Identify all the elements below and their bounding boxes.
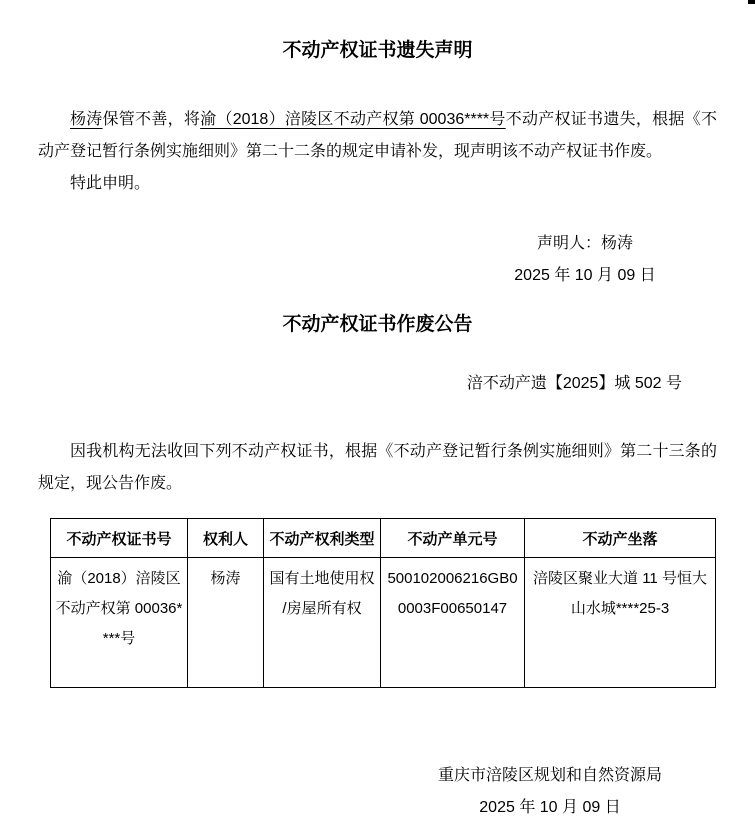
header-holder: 权利人 [188, 519, 264, 558]
cell-location: 涪陵区聚业大道 11 号恒大 山水城****25-3 [525, 558, 716, 688]
issuing-authority: 重庆市涪陵区规划和自然资源局 [400, 760, 700, 792]
issuer-block: 重庆市涪陵区规划和自然资源局 2025 年 10 月 09 日 [400, 760, 700, 824]
table-row: 渝（2018）涪陵区 不动产权第 00036* ***号 杨涛 国有土地使用权 … [51, 558, 716, 688]
declaration-body: 杨涛保管不善，将渝（2018）涪陵区不动产权第 00036****号不动产权证书… [38, 104, 717, 168]
declaration-title: 不动产权证书遗失声明 [0, 38, 755, 64]
notice-body: 因我机构无法收回下列不动产权证书，根据《不动产登记暂行条例实施细则》第二十三条的… [38, 436, 717, 500]
document-number: 涪不动产遗【2025】城 502 号 [0, 372, 755, 396]
certificate-number-underlined: 渝（2018）涪陵区不动产权第 00036****号 [200, 111, 506, 128]
declarant-signature: 声明人：杨涛 [460, 228, 710, 260]
cell-right-type: 国有土地使用权 /房屋所有权 [264, 558, 381, 688]
cell-cert-number: 渝（2018）涪陵区 不动产权第 00036* ***号 [51, 558, 188, 688]
notice-title: 不动产权证书作废公告 [0, 312, 755, 338]
header-right-type: 不动产权利类型 [264, 519, 381, 558]
document-page: 不动产权证书遗失声明 杨涛保管不善，将渝（2018）涪陵区不动产权第 00036… [0, 0, 755, 838]
declaration-text-segment: 保管不善，将 [103, 111, 201, 128]
cell-holder: 杨涛 [188, 558, 264, 688]
certificates-table: 不动产权证书号 权利人 不动产权利类型 不动产单元号 不动产坐落 渝（2018）… [50, 518, 716, 688]
notice-date: 2025 年 10 月 09 日 [400, 792, 700, 824]
scrollbar-artifact [748, 0, 755, 4]
cell-unit-number: 500102006216GB0 0003F00650147 [381, 558, 525, 688]
table-header-row: 不动产权证书号 权利人 不动产权利类型 不动产单元号 不动产坐落 [51, 519, 716, 558]
closing-line: 特此申明。 [38, 168, 717, 200]
header-cert-number: 不动产权证书号 [51, 519, 188, 558]
header-location: 不动产坐落 [525, 519, 716, 558]
header-unit-number: 不动产单元号 [381, 519, 525, 558]
signature-block: 声明人：杨涛 2025 年 10 月 09 日 [460, 228, 710, 292]
declarant-name-underlined: 杨涛 [70, 111, 103, 128]
declaration-date: 2025 年 10 月 09 日 [460, 260, 710, 292]
